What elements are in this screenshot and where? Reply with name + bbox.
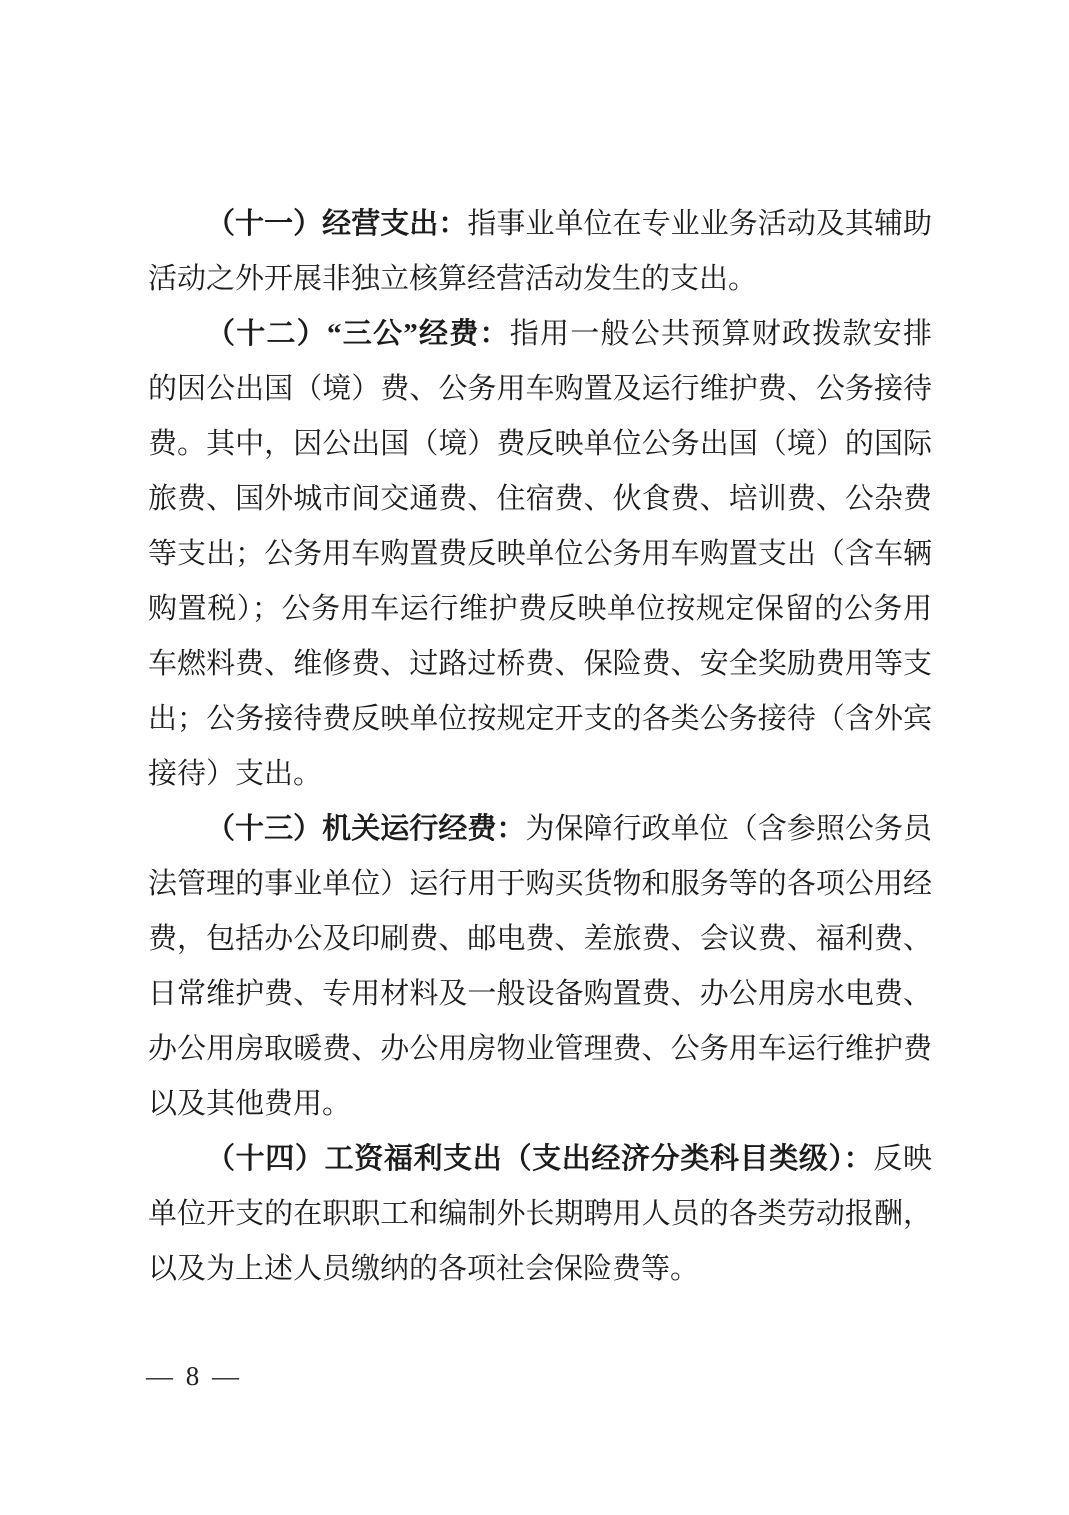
- line-text: 以及为上述人员缴纳的各项社会保险费等。: [148, 1253, 699, 1285]
- text-line: 的因公出国（境）费、公务用车购置及运行维护费、公务接待: [148, 362, 932, 417]
- line-text: 接待）支出。: [148, 758, 322, 790]
- line-text: 购置税）；公务用车运行维护费反映单位按规定保留的公务用: [148, 593, 932, 625]
- document-body: （十一）经营支出：指事业单位在专业业务活动及其辅助 活动之外开展非独立核算经营活…: [148, 197, 932, 1297]
- paragraph-heading: （十一）经营支出：: [206, 208, 467, 240]
- line-text: 出；公务接待费反映单位按规定开支的各类公务接待（含外宾: [148, 703, 932, 735]
- text-line: 车燃料费、维修费、过路过桥费、保险费、安全奖励费用等支: [148, 637, 932, 692]
- text-line: 以及为上述人员缴纳的各项社会保险费等。: [148, 1242, 932, 1297]
- line-text: 法管理的事业单位）运行用于购买货物和服务等的各项公用经: [148, 868, 932, 900]
- line-text: 活动之外开展非独立核算经营活动发生的支出。: [148, 263, 757, 295]
- text-line: （十一）经营支出：指事业单位在专业业务活动及其辅助: [148, 197, 932, 252]
- line-text: 指用一般公共预算财政拨款安排: [510, 318, 932, 350]
- line-text: 为保障行政单位（含参照公务员: [525, 813, 932, 845]
- document-page: （十一）经营支出：指事业单位在专业业务活动及其辅助 活动之外开展非独立核算经营活…: [0, 0, 1069, 1515]
- paragraph-heading: （十二）“三公”经费：: [206, 318, 510, 350]
- line-text: 的因公出国（境）费、公务用车购置及运行维护费、公务接待: [148, 373, 932, 405]
- text-line: 费。其中，因公出国（境）费反映单位公务出国（境）的国际: [148, 417, 932, 472]
- text-line: 旅费、国外城市间交通费、住宿费、伙食费、培训费、公杂费: [148, 472, 932, 527]
- text-line: 单位开支的在职职工和编制外长期聘用人员的各类劳动报酬，: [148, 1187, 932, 1242]
- text-line: 等支出；公务用车购置费反映单位公务用车购置支出（含车辆: [148, 527, 932, 582]
- line-text: 以及其他费用。: [148, 1088, 351, 1120]
- text-line: 出；公务接待费反映单位按规定开支的各类公务接待（含外宾: [148, 692, 932, 747]
- line-text: 指事业单位在专业业务活动及其辅助: [467, 208, 932, 240]
- text-line: 法管理的事业单位）运行用于购买货物和服务等的各项公用经: [148, 857, 932, 912]
- page-number: — 8 —: [146, 1358, 242, 1394]
- line-text: 等支出；公务用车购置费反映单位公务用车购置支出（含车辆: [148, 538, 932, 570]
- text-line: 办公用房取暖费、办公用房物业管理费、公务用车运行维护费: [148, 1022, 932, 1077]
- paragraph-heading: （十三）机关运行经费：: [206, 813, 525, 845]
- text-line: （十三）机关运行经费：为保障行政单位（含参照公务员: [148, 802, 932, 857]
- text-line: 费，包括办公及印刷费、邮电费、差旅费、会议费、福利费、: [148, 912, 932, 967]
- line-text: 日常维护费、专用材料及一般设备购置费、办公用房水电费、: [148, 978, 932, 1010]
- text-line: （十二）“三公”经费：指用一般公共预算财政拨款安排: [148, 307, 932, 362]
- line-text: 单位开支的在职职工和编制外长期聘用人员的各类劳动报酬，: [148, 1198, 932, 1230]
- line-text: 车燃料费、维修费、过路过桥费、保险费、安全奖励费用等支: [148, 648, 932, 680]
- text-line: 购置税）；公务用车运行维护费反映单位按规定保留的公务用: [148, 582, 932, 637]
- line-text: 费，包括办公及印刷费、邮电费、差旅费、会议费、福利费、: [148, 923, 932, 955]
- line-text: 旅费、国外城市间交通费、住宿费、伙食费、培训费、公杂费: [148, 483, 932, 515]
- line-text: 反映: [873, 1143, 932, 1175]
- text-line: 接待）支出。: [148, 747, 932, 802]
- line-text: 费。其中，因公出国（境）费反映单位公务出国（境）的国际: [148, 428, 932, 460]
- text-line: 活动之外开展非独立核算经营活动发生的支出。: [148, 252, 932, 307]
- paragraph-heading: （十四）工资福利支出（支出经济分类科目类级）：: [206, 1143, 873, 1175]
- text-line: （十四）工资福利支出（支出经济分类科目类级）：反映: [148, 1132, 932, 1187]
- line-text: 办公用房取暖费、办公用房物业管理费、公务用车运行维护费: [148, 1033, 932, 1065]
- text-line: 日常维护费、专用材料及一般设备购置费、办公用房水电费、: [148, 967, 932, 1022]
- text-line: 以及其他费用。: [148, 1077, 932, 1132]
